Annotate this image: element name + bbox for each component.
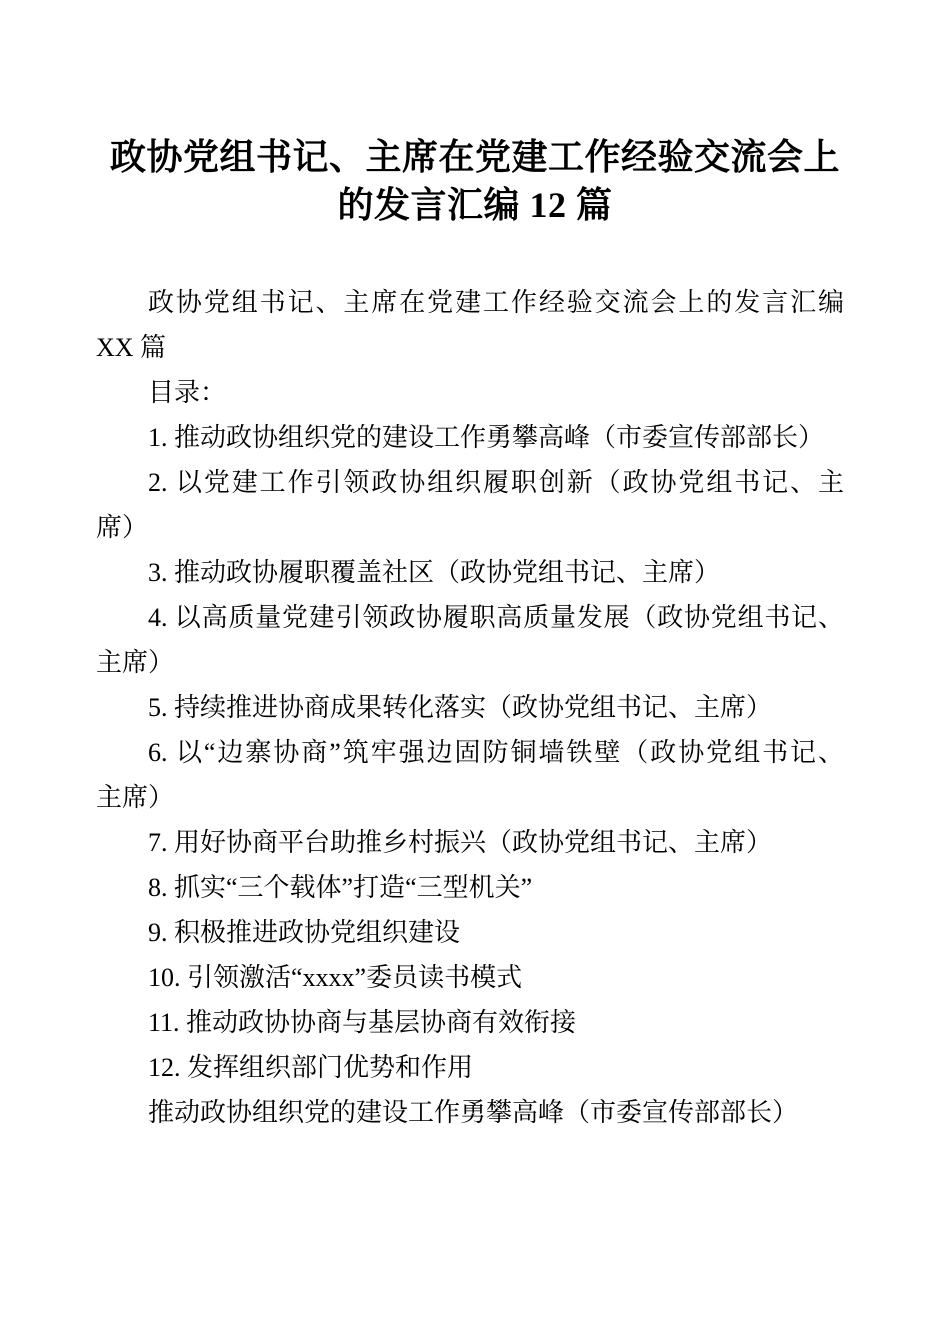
- body-line: XX 篇: [96, 325, 844, 370]
- body-line: 目录：: [96, 370, 844, 415]
- body-line: 9. 积极推进政协党组织建设: [96, 910, 844, 955]
- body-line: 8. 抓实“三个载体”打造“三型机关”: [96, 865, 844, 910]
- body-line: 12. 发挥组织部门优势和作用: [96, 1045, 844, 1090]
- body-line: 主席）: [96, 640, 844, 685]
- title-line-2: 的发言汇编 12 篇: [0, 181, 950, 229]
- body-line: 4. 以高质量党建引领政协履职高质量发展（政协党组书记、: [96, 595, 844, 640]
- body-line: 政协党组书记、主席在党建工作经验交流会上的发言汇编: [96, 280, 844, 325]
- body-line: 推动政协组织党的建设工作勇攀高峰（市委宣传部部长）: [96, 1090, 844, 1135]
- body-line: 主席）: [96, 775, 844, 820]
- body-line: 2. 以党建工作引领政协组织履职创新（政协党组书记、主: [96, 460, 844, 505]
- body-line: 11. 推动政协协商与基层协商有效衔接: [96, 1000, 844, 1045]
- title-line-1: 政协党组书记、主席在党建工作经验交流会上: [0, 133, 950, 181]
- body-line: 1. 推动政协组织党的建设工作勇攀高峰（市委宣传部部长）: [96, 415, 844, 460]
- body-line: 3. 推动政协履职覆盖社区（政协党组书记、主席）: [96, 550, 844, 595]
- body-line: 席）: [96, 505, 844, 550]
- body-line: 10. 引领激活“xxxx”委员读书模式: [96, 955, 844, 1000]
- document-title: 政协党组书记、主席在党建工作经验交流会上 的发言汇编 12 篇: [0, 133, 950, 229]
- body-line: 5. 持续推进协商成果转化落实（政协党组书记、主席）: [96, 685, 844, 730]
- body-line: 6. 以“边寨协商”筑牢强边固防铜墙铁壁（政协党组书记、: [96, 730, 844, 775]
- body-line: 7. 用好协商平台助推乡村振兴（政协党组书记、主席）: [96, 820, 844, 865]
- document-page: 政协党组书记、主席在党建工作经验交流会上 的发言汇编 12 篇 政协党组书记、主…: [0, 0, 950, 1344]
- document-body: 政协党组书记、主席在党建工作经验交流会上的发言汇编XX 篇目录：1. 推动政协组…: [96, 280, 844, 1135]
